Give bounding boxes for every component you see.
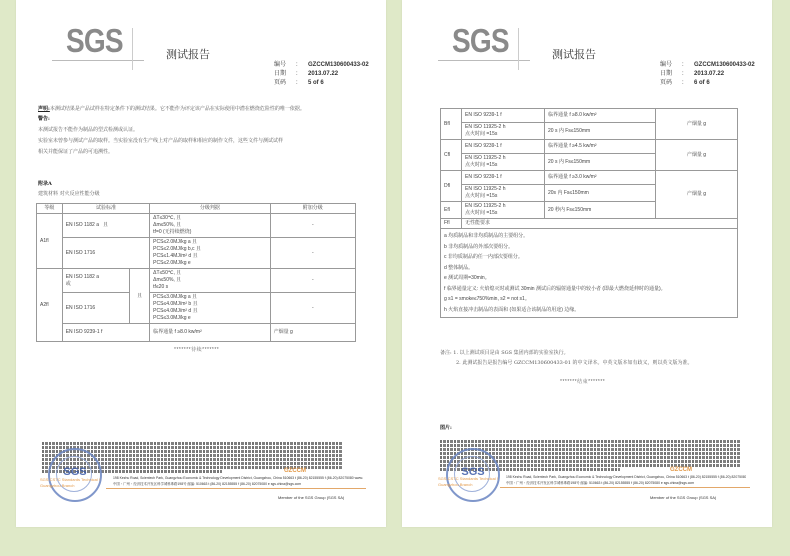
logo-text: SGS xyxy=(66,24,123,58)
number-label: 编号 xyxy=(660,61,682,70)
company-branch: Guangzhou Branch xyxy=(438,482,498,487)
standard-text: EN ISO 1182 a xyxy=(66,222,99,228)
standard-cell: EN ISO 11925-2 h点火时间 =15s xyxy=(462,202,545,219)
date-label: 日期 xyxy=(660,70,682,79)
gzccm-label: GZCCM xyxy=(670,467,692,473)
standard-cell: EN ISO 1182 a 且 xyxy=(62,214,149,238)
table-row: Ffl 无性能要求 xyxy=(441,219,738,229)
warning-line-1: 本测试报告不能作为制品的型式检测或认证。 xyxy=(38,126,368,134)
class-cell: A2fl xyxy=(37,269,63,342)
footnote: d 整体制品。 xyxy=(444,263,734,274)
footer-rule xyxy=(500,487,750,488)
criteria-line: PCS≤2.0MJ/kg a 且 xyxy=(153,239,266,246)
criteria-cell: 20 秒内 Fs≤150mm xyxy=(545,202,656,219)
end-mark: *******结束******* xyxy=(560,378,605,385)
table-row: A2fl EN ISO 1182 a或 且 ΔT≤50℃, 且Δm≤50%, 且… xyxy=(37,269,356,293)
page-title: 测试报告 xyxy=(166,46,210,62)
criteria-cell: 临界通量 f ≥4.5 kw/m² xyxy=(545,140,656,154)
extra-cell: - xyxy=(270,293,355,324)
class-cell: Ffl xyxy=(441,219,462,229)
warning-line-3: 相关并能保证了产品的可追溯性。 xyxy=(38,148,368,156)
page-number: 6 of 6 xyxy=(694,79,710,88)
criteria-line: ΔT≤50℃, 且 xyxy=(153,270,266,277)
footnotes-cell: a 均质制品和非均质制品的主要组分。 b 非均质制品的外部次要组分。 c 非均质… xyxy=(441,229,738,318)
criteria-cell: 临界通量 f ≥8.0 kw/m² xyxy=(150,324,270,342)
standard-text: EN ISO 11925-2 h xyxy=(465,124,541,131)
footnote: c 非均质制品的任一内部次要组分。 xyxy=(444,252,734,263)
logo-rule xyxy=(52,60,144,61)
standard-cell: EN ISO 9239-1 f xyxy=(62,324,149,342)
criteria-cell: PCS≤3.0MJ/kg a 且PCS≤4.0MJ/m² b 且PCS≤4.0M… xyxy=(150,293,270,324)
report-meta: 编号:GZCCM130600433-02 日期:2013.07.22 页码:6 … xyxy=(660,61,755,88)
photo-label: 图片: xyxy=(440,424,452,432)
standard-text: EN ISO 11925-2 h xyxy=(465,203,541,210)
extra-cell: 产烟量 g xyxy=(270,324,355,342)
footnote: h 火焰直接冲击制品的表面和 (如果适合该制品的用途) 边缘。 xyxy=(444,305,734,316)
criteria-cell: ΔT≤30℃, 且Δm≤50%, 且tf=0 (无持续燃烧) xyxy=(150,214,270,238)
warning-line-2: 实验室未曾参与测试产品的取样。当实验室没有生产线上对产品的取样和相应的制作文件，… xyxy=(38,137,368,145)
class-cell: A1fl xyxy=(37,214,63,269)
logo-rule xyxy=(438,60,530,61)
report-number: GZCCM130600433-02 xyxy=(308,61,369,70)
criteria-cell: 20 s 内 Fs≤150mm xyxy=(545,123,656,140)
criteria-cell: 临界通量 f ≥8.0 kw/m² xyxy=(545,109,656,123)
page-title: 测试报告 xyxy=(552,46,596,62)
member-text: Member of the SGS Group (SGS SA) xyxy=(278,495,344,500)
logo-divider xyxy=(518,28,519,70)
sgs-logo: SGS xyxy=(438,24,528,58)
footnote: a 均质制品和非均质制品的主要组分。 xyxy=(444,231,734,242)
standard-cell: EN ISO 11925-2 h点火时间 =15s xyxy=(462,154,545,171)
no-requirement-cell: 无性能要求 xyxy=(462,219,738,229)
criteria-line: Δm≤50%, 且 xyxy=(153,277,266,284)
criteria-line: PCS≤4.0MJ/m² b 且 xyxy=(153,301,266,308)
gzccm-label: GZCCM xyxy=(284,468,306,474)
logo-text: SGS xyxy=(452,24,509,58)
standard-cell: EN ISO 1716 xyxy=(62,293,130,324)
page-number: 5 of 6 xyxy=(308,79,324,88)
criteria-cell: ΔT≤50℃, 且Δm≤50%, 且tf≤20 s xyxy=(150,269,270,293)
criteria-line: PCS≤1.4MJ/m² d 且 xyxy=(153,253,266,260)
standard-sub: 点火时间 =15s xyxy=(465,210,541,217)
criteria-line: PCS≤2.0MJ/kg b,c 且 xyxy=(153,246,266,253)
table-row: Bfl EN ISO 9239-1 f 临界通量 f ≥8.0 kw/m² 产烟… xyxy=(441,109,738,123)
criteria-line: tf=0 (无持续燃烧) xyxy=(153,229,266,236)
warning-label: 警告: xyxy=(38,115,50,123)
standard-cell: EN ISO 11925-2 h点火时间 =15s xyxy=(462,185,545,202)
table-row: Dfl EN ISO 9239-1 f 临界通量 f ≥3.0 kw/m² 产烟… xyxy=(441,171,738,185)
criteria-line: PCS≤3.0MJ/kg e xyxy=(153,315,266,322)
report-date: 2013.07.22 xyxy=(308,70,338,79)
sgs-logo: SGS xyxy=(52,24,142,58)
class-cell: Dfl xyxy=(441,171,462,202)
page-label: 页码 xyxy=(274,79,296,88)
criteria-cell: 20 s 内 Fs≤150mm xyxy=(545,154,656,171)
sgs-stamp: SGS xyxy=(446,448,500,502)
criteria-line: tf≤20 s xyxy=(153,284,266,291)
table-row: EN ISO 1716 PCS≤2.0MJ/kg a 且PCS≤2.0MJ/kg… xyxy=(37,238,356,269)
table-row: EN ISO 1716 PCS≤3.0MJ/kg a 且PCS≤4.0MJ/m²… xyxy=(37,293,356,324)
statement-text: 本测试结果是产品试样在特定条件下的测试结果。它不能作为评定该产品在实际使用中潜在… xyxy=(50,106,305,112)
report-page-6: SGS 测试报告 编号:GZCCM130600433-02 日期:2013.07… xyxy=(402,0,772,527)
standard-cell: EN ISO 9239-1 f xyxy=(462,109,545,123)
sgs-stamp: SGS xyxy=(48,448,102,502)
remarks: 备注: 1. 以上测试项目是由 SGS 集团内部的实验室执行。 xyxy=(440,349,569,357)
company-name: SGS-CSTC Standards Technical Services Co… xyxy=(438,476,498,481)
report-page-5: SGS 测试报告 编号:GZCCM130600433-02 日期:2013.07… xyxy=(16,0,386,527)
date-label: 日期 xyxy=(274,70,296,79)
standard-note: 或 xyxy=(66,281,127,288)
address-en: 198 Kezhu Road, Scientech Park, Guangzho… xyxy=(113,476,363,481)
standard-text: EN ISO 1182 a xyxy=(66,274,127,281)
statement-label: 声明: xyxy=(38,106,50,112)
and-cell: 且 xyxy=(130,269,150,324)
table-row: Cfl EN ISO 9239-1 f 临界通量 f ≥4.5 kw/m² 产烟… xyxy=(441,140,738,154)
classification-table-continued: Bfl EN ISO 9239-1 f 临界通量 f ≥8.0 kw/m² 产烟… xyxy=(440,108,738,318)
address-cn: 中国・广州・经济技术开发区科学城科珠路198号 邮编: 510663 t (86… xyxy=(113,482,363,487)
company-branch: Guangzhou Branch xyxy=(40,483,100,488)
remarks-label: 备注: xyxy=(440,350,452,356)
page-label: 页码 xyxy=(660,79,682,88)
criteria-cell: 20s 内 Fs≤150mm xyxy=(545,185,656,202)
extra-cell: 产烟量 g xyxy=(656,171,738,219)
criteria-cell: PCS≤2.0MJ/kg a 且PCS≤2.0MJ/kg b,c 且PCS≤1.… xyxy=(150,238,270,269)
standard-sub: 点火时间 =15s xyxy=(465,131,541,138)
header-criteria: 分级判据 xyxy=(150,204,270,214)
criteria-line: PCS≤2.0MJ/kg e xyxy=(153,260,266,267)
class-cell: Efl xyxy=(441,202,462,219)
address-cn: 中国・广州・经济技术开发区科学城科珠路198号 邮编: 510663 t (86… xyxy=(506,481,746,486)
standard-sub: 点火时间 =15s xyxy=(465,193,541,200)
extra-cell: 产烟量 g xyxy=(656,140,738,171)
criteria-line: PCS≤3.0MJ/kg a 且 xyxy=(153,294,266,301)
standard-cell: EN ISO 1182 a或 xyxy=(62,269,130,293)
number-label: 编号 xyxy=(274,61,296,70)
extra-cell: 产烟量 g xyxy=(656,109,738,140)
member-text: Member of the SGS Group (SGS SA) xyxy=(650,495,716,500)
extra-cell: - xyxy=(270,214,355,238)
class-cell: Cfl xyxy=(441,140,462,171)
address-en: 198 Kezhu Road, Scientech Park, Guangzho… xyxy=(506,475,746,480)
header-standard: 试验标准 xyxy=(62,204,149,214)
footer-rule xyxy=(106,488,366,489)
header-class: 等级 xyxy=(37,204,63,214)
report-meta: 编号:GZCCM130600433-02 日期:2013.07.22 页码:5 … xyxy=(274,61,369,88)
report-number: GZCCM130600433-02 xyxy=(694,61,755,70)
footnote: f 临界通量定义: 火焰熄灭时或测试 30min 测试后的辐射通量中的较小者 (… xyxy=(444,284,734,295)
standard-cell: EN ISO 9239-1 f xyxy=(462,171,545,185)
standard-cell: EN ISO 11925-2 h点火时间 =15s xyxy=(462,123,545,140)
logo-divider xyxy=(132,28,133,70)
standard-text: EN ISO 11925-2 h xyxy=(465,155,541,162)
standard-sub: 点火时间 =15s xyxy=(465,162,541,169)
continued-mark: *******待续******* xyxy=(174,346,219,353)
standard-cell: EN ISO 9239-1 f xyxy=(462,140,545,154)
remark-1: 1. 以上测试项目是由 SGS 集团内部的实验室执行。 xyxy=(453,350,568,356)
table-row: EN ISO 9239-1 f 临界通量 f ≥8.0 kw/m² 产烟量 g xyxy=(37,324,356,342)
standard-note: 且 xyxy=(103,222,108,228)
header-extra: 附加分级 xyxy=(270,204,355,214)
notes-row: a 均质制品和非均质制品的主要组分。 b 非均质制品的外部次要组分。 c 非均质… xyxy=(441,229,738,318)
remark-2: 2. 此测试报告是报告编号 GZCCM130600433-01 的中文译本。中英… xyxy=(456,359,692,367)
standard-cell: EN ISO 1716 xyxy=(62,238,149,269)
footnote: g s1 = smoke≤750%min, s2 = not s1。 xyxy=(444,294,734,305)
criteria-line: PCS≤4.0MJ/m² d 且 xyxy=(153,308,266,315)
report-date: 2013.07.22 xyxy=(694,70,724,79)
standard-text: EN ISO 11925-2 h xyxy=(465,186,541,193)
criteria-cell: 临界通量 f ≥3.0 kw/m² xyxy=(545,171,656,185)
criteria-line: Δm≤50%, 且 xyxy=(153,222,266,229)
extra-cell: - xyxy=(270,269,355,293)
criteria-line: ΔT≤30℃, 且 xyxy=(153,215,266,222)
statement: 声明:本测试结果是产品试样在特定条件下的测试结果。它不能作为评定该产品在实际使用… xyxy=(38,105,368,113)
appendix-subtitle: 建筑材料 对火反应性能分级 xyxy=(38,190,100,198)
footnote: b 非均质制品的外部次要组分。 xyxy=(444,242,734,253)
class-cell: Bfl xyxy=(441,109,462,140)
table-row: A1fl EN ISO 1182 a 且 ΔT≤30℃, 且Δm≤50%, 且t… xyxy=(37,214,356,238)
appendix-title: 附录A xyxy=(38,180,52,188)
footnote: e 测试周期=30min。 xyxy=(444,273,734,284)
classification-table: 等级 试验标准 分级判据 附加分级 A1fl EN ISO 1182 a 且 Δ… xyxy=(36,203,356,342)
company-name: SGS-CSTC Standards Technical Services Co… xyxy=(40,477,100,482)
extra-cell: - xyxy=(270,238,355,269)
